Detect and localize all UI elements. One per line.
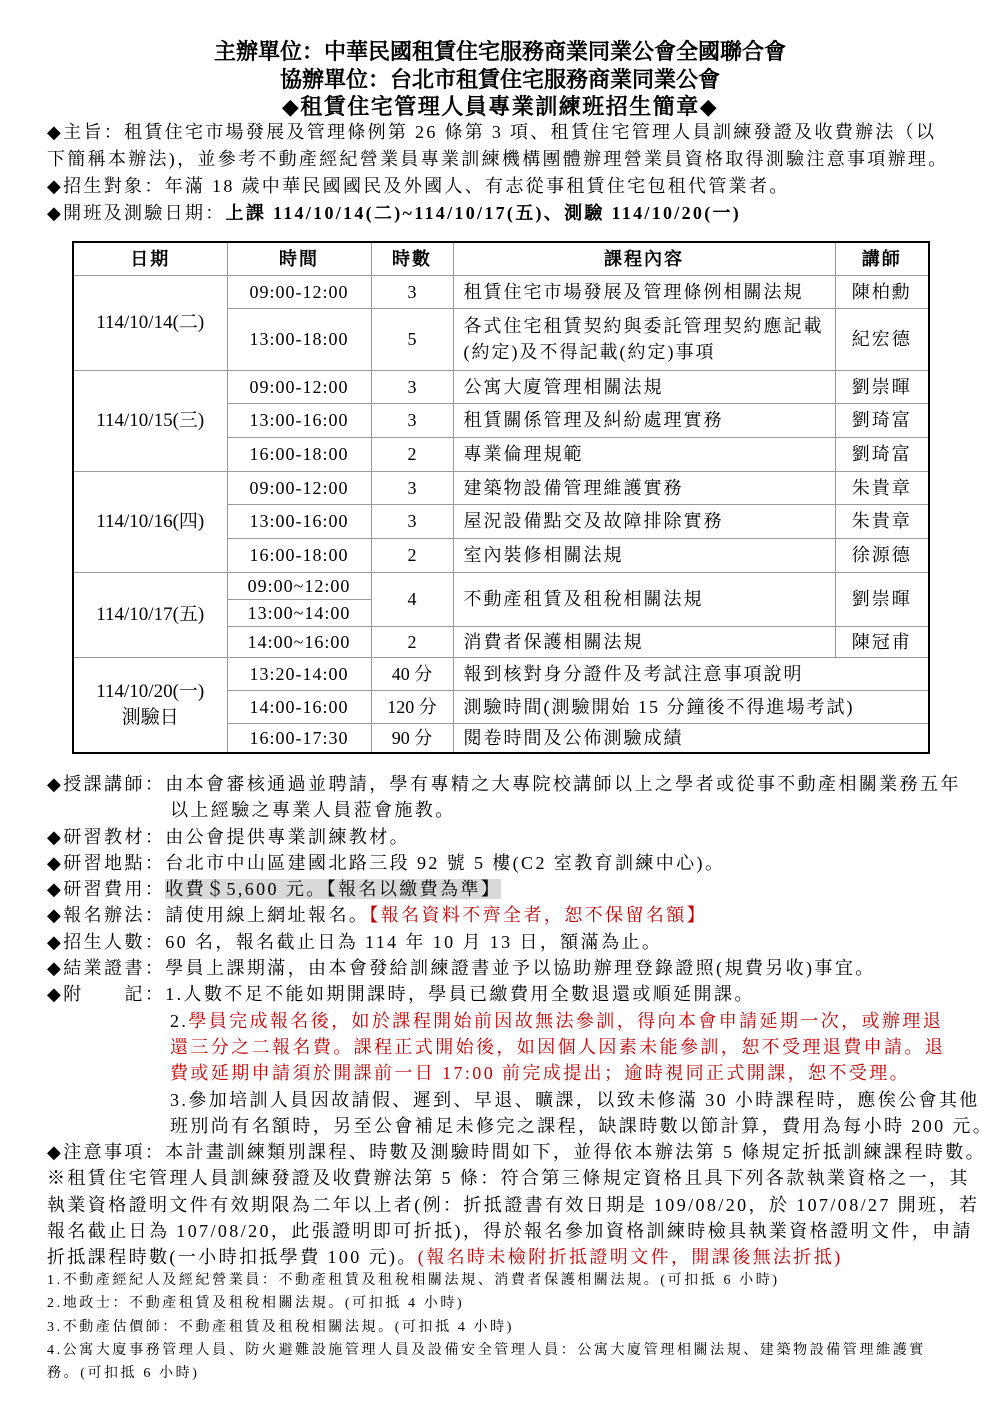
- time-cell: 16:00-18:00: [227, 538, 371, 572]
- teacher-cell: 陳柏勳: [835, 275, 929, 308]
- content-line: (約定)及不得記載(約定)事項: [464, 339, 835, 365]
- co-organizer-line: 協辦單位：台北市租賃住宅服務商業同業公會: [0, 66, 1000, 94]
- intro-section: ◆主旨：租賃住宅市場發展及管理條例第 26 條第 3 項、租賃住宅管理人員訓練發…: [47, 119, 949, 227]
- regulation-line-1: ※租賃住宅管理人員訓練發證及收費辦法第 5 條：符合第三條規定資格且具下列各款執…: [47, 1165, 993, 1191]
- time-cell: 16:00-18:00: [227, 437, 371, 471]
- materials-text: 由公會提供專業訓練教材。: [165, 827, 410, 847]
- time-cell: 13:20-14:00: [227, 657, 371, 690]
- remarks-item-2-line-3: 費或延期申請須於開課前一日 17:00 前完成提出；逾時視同正式開課，恕不受理。: [47, 1060, 993, 1086]
- certificate-line: ◆結業證書：學員上課期滿，由本會發給訓練證書並予以協助辦理登錄證照(規費另收)事…: [47, 955, 993, 981]
- header-teacher: 講師: [835, 242, 929, 275]
- remarks-item-1: 1.人數不足不能如期開課時，學員已繳費用全數退還或順延開課。: [165, 984, 755, 1004]
- hours-cell: 3: [371, 403, 453, 437]
- remarks-item-3-line-1: 3.參加培訓人員因故請假、遲到、早退、曠課，以致未修滿 30 小時課程時，應俟公…: [47, 1087, 993, 1113]
- remarks-item-2-line-2: 還三分之二報名費。課程正式開始後，如因個人因素未能參訓，恕不受理退費申請。退: [47, 1034, 993, 1060]
- table-row: 114/10/15(三) 09:00-12:00 3 公寓大廈管理相關法規 劉崇…: [73, 370, 929, 403]
- list-item: 2.地政士：不動產租賃及租稅相關法規。(可扣抵 4 小時): [47, 1292, 926, 1315]
- content-cell: 室內裝修相關法規: [453, 538, 835, 572]
- list-item: 3.不動產估價師：不動產租賃及租稅相關法規。(可扣抵 4 小時): [47, 1316, 926, 1339]
- content-cell: 公寓大廈管理相關法規: [453, 370, 835, 403]
- hours-cell: 2: [371, 626, 453, 657]
- time-cell: 13:00~14:00: [227, 599, 371, 626]
- instructors-line-2: 以上經驗之專業人員蒞會施教。: [47, 797, 993, 823]
- fee-highlight: 收費＄5,600 元。【報名以繳費為準】: [165, 879, 501, 899]
- quota-line: ◆招生人數：60 名，報名截止日為 114 年 10 月 13 日，額滿為止。: [47, 929, 993, 955]
- teacher-cell: 劉琦富: [835, 437, 929, 471]
- time-cell: 09:00-12:00: [227, 275, 371, 308]
- regulation-text: 折抵課程時數(一小時扣抵學費 100 元)。: [47, 1247, 418, 1267]
- attention-line: ◆注意事項：本計畫訓練類別課程、時數及測驗時間如下，並得依本辦法第 5 條規定折…: [47, 1139, 993, 1165]
- time-cell: 09:00~12:00: [227, 572, 371, 599]
- list-item: 4.公寓大廈事務管理人員、防火避難設施管理人員及設備安全管理人員：公寓大廈管理相…: [47, 1339, 926, 1362]
- location-label: ◆研習地點：: [47, 853, 165, 873]
- content-cell: 不動產租賃及租稅相關法規: [453, 572, 835, 626]
- teacher-cell: 陳冠甫: [835, 626, 929, 657]
- certificate-text: 學員上課期滿，由本會發給訓練證書並予以協助辦理登錄證照(規費另收)事宜。: [165, 958, 875, 978]
- content-cell: 測驗時間(測驗開始 15 分鐘後不得進場考試): [453, 690, 929, 723]
- deductions-list: 1.不動產經紀人及經紀營業員：不動產租賃及租稅相關法規、消費者保護相關法規。(可…: [47, 1269, 926, 1385]
- hours-cell: 3: [371, 370, 453, 403]
- teacher-cell: 紀宏德: [835, 308, 929, 370]
- teacher-cell: 劉崇暉: [835, 572, 929, 626]
- fee-label: ◆研習費用：: [47, 879, 165, 899]
- content-cell: 屋況設備點交及故障排除實務: [453, 504, 835, 538]
- schedule-label: ◆開班及測驗日期：: [47, 203, 226, 223]
- exam-date: 114/10/20(一): [74, 679, 227, 705]
- remarks-item-3-line-2: 班別尚有名額時，另至公會補足未修完之課程，缺課時數以節計算，費用為每小時 200…: [47, 1113, 993, 1139]
- location-text: 台北市中山區建國北路三段 92 號 5 樓(C2 室教育訓練中心)。: [165, 853, 725, 873]
- remarks-item-2-number: 2.: [170, 1011, 188, 1031]
- date-cell: 114/10/20(一) 測驗日: [73, 657, 227, 753]
- registration-text: 請使用線上網址報名。: [165, 905, 369, 925]
- teacher-cell: 徐源德: [835, 538, 929, 572]
- remarks-label: ◆附 記：: [47, 984, 165, 1004]
- remarks-item-2-line-1: 2.學員完成報名後，如於課程開始前因故無法參訓，得向本會申請延期一次，或辦理退: [47, 1008, 993, 1034]
- time-cell: 14:00~16:00: [227, 626, 371, 657]
- remarks-item-2-text: 學員完成報名後，如於課程開始前因故無法參訓，得向本會申請延期一次，或辦理退: [188, 1011, 943, 1031]
- header-content: 課程內容: [453, 242, 835, 275]
- registration-warning: 【報名資料不齊全者，恕不保留名額】: [369, 905, 707, 925]
- content-cell: 各式住宅租賃契約與委託管理契約應記載 (約定)及不得記載(約定)事項: [453, 308, 835, 370]
- date-cell: 114/10/15(三): [73, 370, 227, 471]
- hours-cell: 3: [371, 471, 453, 504]
- location-line: ◆研習地點：台北市中山區建國北路三段 92 號 5 樓(C2 室教育訓練中心)。: [47, 850, 993, 876]
- regulation-line-2: 執業資格證明文件有效期限為二年以上者(例：折抵證書有效日期是 109/08/20…: [47, 1192, 993, 1218]
- time-cell: 13:00-16:00: [227, 403, 371, 437]
- instructors-label: ◆授課講師：: [47, 774, 165, 794]
- schedule-line: ◆開班及測驗日期：上課 114/10/14(二)~114/10/17(五)、測驗…: [47, 200, 949, 227]
- exam-day-label: 測驗日: [74, 705, 227, 731]
- teacher-cell: 劉琦富: [835, 403, 929, 437]
- instructors-text: 由本會審核通過並聘請，學有專精之大專院校講師以上之學者或從事不動產相關業務五年: [165, 774, 961, 794]
- table-header-row: 日期 時間 時數 課程內容 講師: [73, 242, 929, 275]
- hours-cell: 4: [371, 572, 453, 626]
- hours-cell: 5: [371, 308, 453, 370]
- registration-line: ◆報名辦法：請使用線上網址報名。【報名資料不齊全者，恕不保留名額】: [47, 902, 993, 928]
- organizer-line: 主辦單位：中華民國租賃住宅服務商業同業公會全國聯合會: [0, 38, 1000, 66]
- content-cell: 閱卷時間及公佈測驗成績: [453, 723, 929, 753]
- content-line: 各式住宅租賃契約與委託管理契約應記載: [464, 313, 835, 339]
- content-cell: 專業倫理規範: [453, 437, 835, 471]
- materials-label: ◆研習教材：: [47, 827, 165, 847]
- hours-cell: 90 分: [371, 723, 453, 753]
- purpose-line-1: ◆主旨：租賃住宅市場發展及管理條例第 26 條第 3 項、租賃住宅管理人員訓練發…: [47, 119, 949, 146]
- content-cell: 消費者保護相關法規: [453, 626, 835, 657]
- certificate-label: ◆結業證書：: [47, 958, 165, 978]
- list-item: 1.不動產經紀人及經紀營業員：不動產租賃及租稅相關法規、消費者保護相關法規。(可…: [47, 1269, 926, 1292]
- time-cell: 14:00-16:00: [227, 690, 371, 723]
- materials-line: ◆研習教材：由公會提供專業訓練教材。: [47, 824, 993, 850]
- time-cell: 09:00-12:00: [227, 471, 371, 504]
- hours-cell: 2: [371, 538, 453, 572]
- header-hours: 時數: [371, 242, 453, 275]
- notes-section: ◆授課講師：由本會審核通過並聘請，學有專精之大專院校講師以上之學者或從事不動產相…: [47, 771, 993, 1271]
- instructors-line-1: ◆授課講師：由本會審核通過並聘請，學有專精之大專院校講師以上之學者或從事不動產相…: [47, 771, 993, 797]
- content-cell: 租賃關係管理及糾紛處理實務: [453, 403, 835, 437]
- list-item-continuation: 務。(可扣抵 6 小時): [47, 1362, 926, 1385]
- eligibility-line: ◆招生對象：年滿 18 歲中華民國國民及外國人、有志從事租賃住宅包租代管業者。: [47, 173, 949, 200]
- hours-cell: 2: [371, 437, 453, 471]
- date-cell: 114/10/17(五): [73, 572, 227, 657]
- regulation-line-4: 折抵課程時數(一小時扣抵學費 100 元)。(報名時未檢附折抵證明文件，開課後無…: [47, 1244, 993, 1270]
- time-cell: 13:00-18:00: [227, 308, 371, 370]
- table-row: 114/10/14(二) 09:00-12:00 3 租賃住宅市場發展及管理條例…: [73, 275, 929, 308]
- time-cell: 09:00-12:00: [227, 370, 371, 403]
- teacher-cell: 朱貴章: [835, 471, 929, 504]
- regulation-line-3: 報名截止日為 107/08/20，此張證明即可折抵)，得於報名參加資格訓練時檢具…: [47, 1218, 993, 1244]
- remarks-line-1: ◆附 記：1.人數不足不能如期開課時，學員已繳費用全數退還或順延開課。: [47, 981, 993, 1007]
- content-cell: 建築物設備管理維護實務: [453, 471, 835, 504]
- attention-text: 本計畫訓練類別課程、時數及測驗時間如下，並得依本辦法第 5 條規定折抵訓練課程時…: [165, 1142, 986, 1162]
- quota-text: 60 名，報名截止日為 114 年 10 月 13 日，額滿為止。: [165, 932, 662, 952]
- table-row: 114/10/20(一) 測驗日 13:20-14:00 40 分 報到核對身分…: [73, 657, 929, 690]
- hours-cell: 3: [371, 504, 453, 538]
- content-cell: 租賃住宅市場發展及管理條例相關法規: [453, 275, 835, 308]
- table-row: 114/10/17(五) 09:00~12:00 4 不動產租賃及租稅相關法規 …: [73, 572, 929, 599]
- purpose-line-2: 下簡稱本辦法)，並參考不動產經紀營業員專業訓練機構團體辦理營業員資格取得測驗注意…: [47, 146, 949, 173]
- hours-cell: 120 分: [371, 690, 453, 723]
- fee-line: ◆研習費用：收費＄5,600 元。【報名以繳費為準】: [47, 876, 993, 902]
- document-header: 主辦單位：中華民國租賃住宅服務商業同業公會全國聯合會 協辦單位：台北市租賃住宅服…: [0, 38, 1000, 121]
- quota-label: ◆招生人數：: [47, 932, 165, 952]
- header-time: 時間: [227, 242, 371, 275]
- date-cell: 114/10/16(四): [73, 471, 227, 572]
- time-cell: 16:00-17:30: [227, 723, 371, 753]
- attention-label: ◆注意事項：: [47, 1142, 165, 1162]
- time-cell: 13:00-16:00: [227, 504, 371, 538]
- registration-label: ◆報名辦法：: [47, 905, 165, 925]
- content-cell: 報到核對身分證件及考試注意事項說明: [453, 657, 929, 690]
- date-cell: 114/10/14(二): [73, 275, 227, 370]
- regulation-warning: (報名時未檢附折抵證明文件，開課後無法折抵): [418, 1247, 843, 1267]
- teacher-cell: 劉崇暉: [835, 370, 929, 403]
- table-row: 114/10/16(四) 09:00-12:00 3 建築物設備管理維護實務 朱…: [73, 471, 929, 504]
- schedule-value: 上課 114/10/14(二)~114/10/17(五)、測驗 114/10/2…: [226, 203, 742, 223]
- hours-cell: 3: [371, 275, 453, 308]
- document-title: ◆租賃住宅管理人員專業訓練班招生簡章◆: [0, 93, 1000, 121]
- course-schedule-table: 日期 時間 時數 課程內容 講師 114/10/14(二) 09:00-12:0…: [72, 241, 930, 754]
- hours-cell: 40 分: [371, 657, 453, 690]
- header-date: 日期: [73, 242, 227, 275]
- teacher-cell: 朱貴章: [835, 504, 929, 538]
